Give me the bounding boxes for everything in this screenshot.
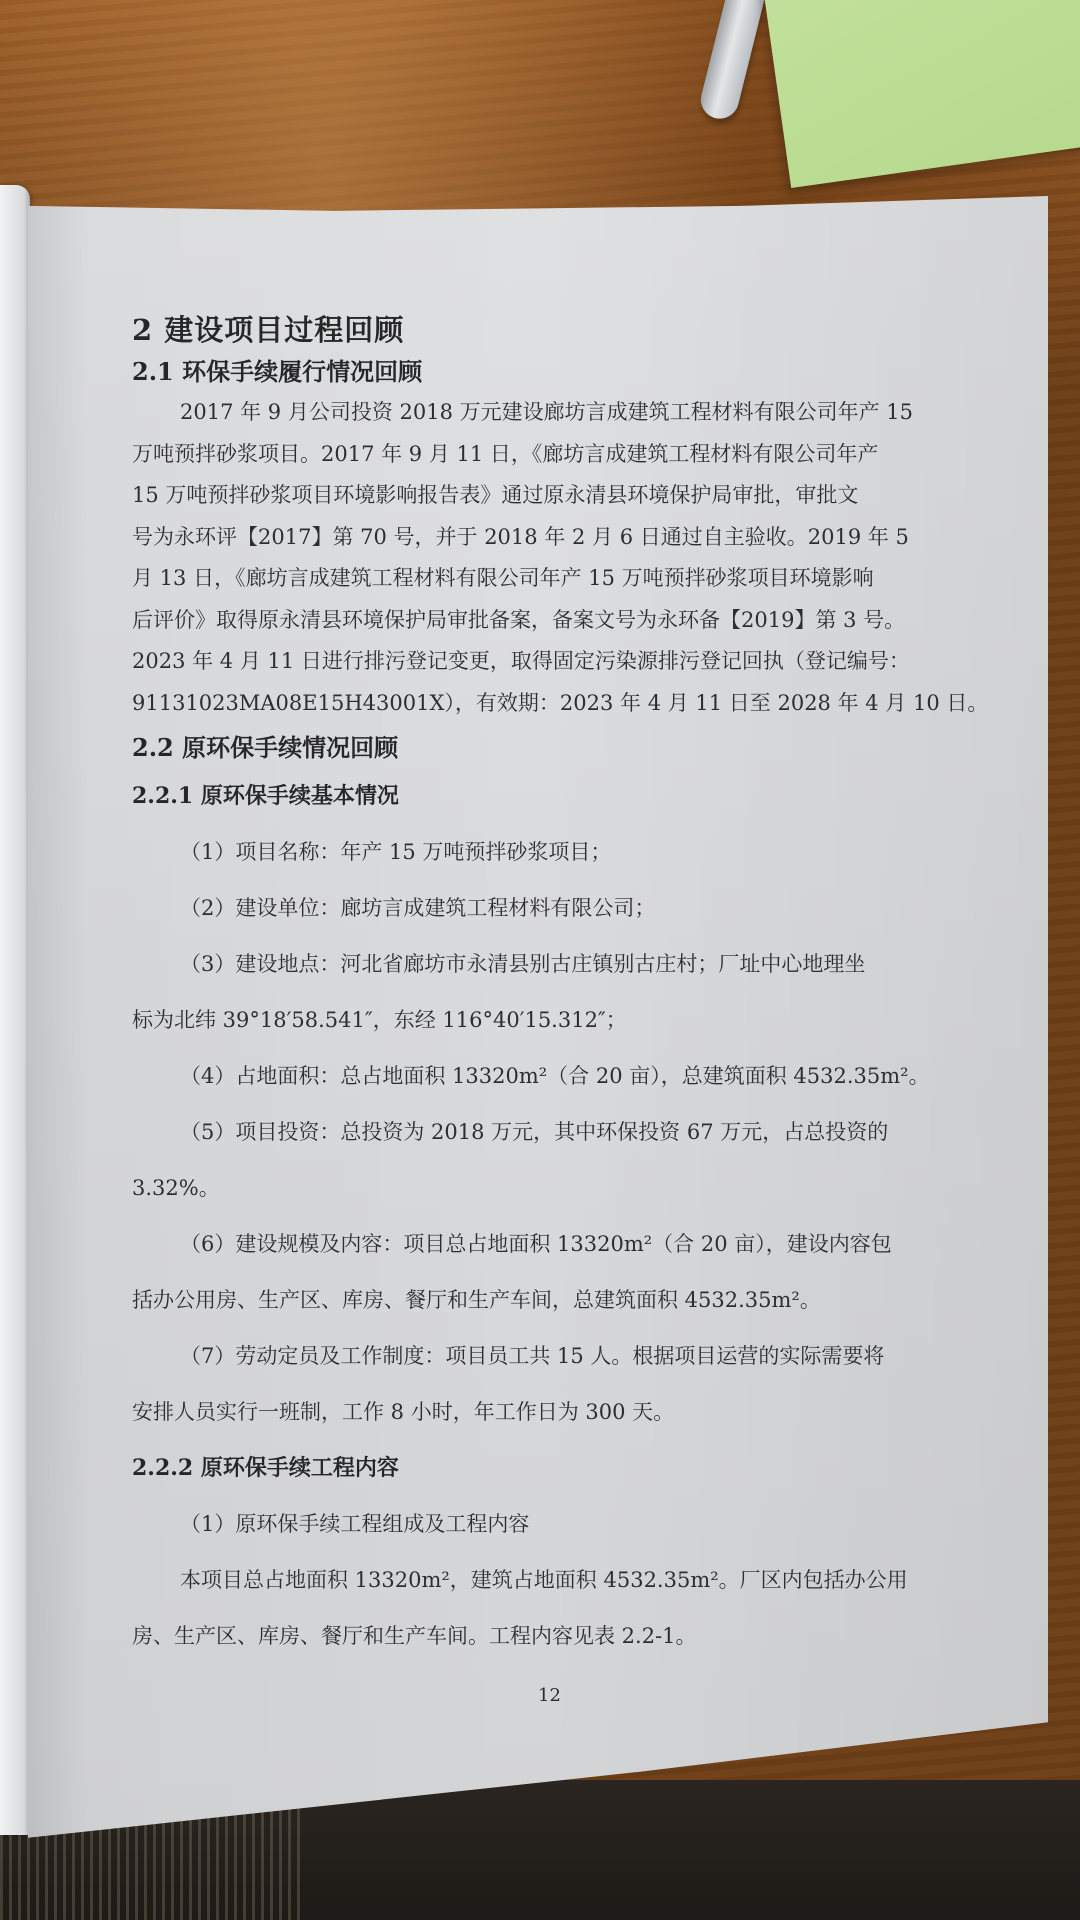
chapter-heading: 2 建设项目过程回顾 bbox=[132, 308, 962, 352]
list-item-construction-unit: （2）建设单位：廊坊言成建筑工程材料有限公司； bbox=[132, 880, 962, 936]
text-line: 后评价》取得原永清县环境保护局审批备案，备案文号为永环备【2019】第 3 号。 bbox=[132, 600, 962, 642]
section-heading-2-2: 2.2 原环保手续情况回顾 bbox=[132, 728, 962, 768]
list-item-construction-site: （3）建设地点：河北省廊坊市永清县别古庄镇别古庄村；厂址中心地理坐 标为北纬 3… bbox=[132, 936, 962, 1048]
paragraph-2-1: 2017 年 9 月公司投资 2018 万元建设廊坊言成建筑工程材料有限公司年产… bbox=[132, 392, 962, 724]
text-line: 91131023MA08E15H43001X），有效期：2023 年 4 月 1… bbox=[132, 683, 962, 725]
list-item-scale-content: （6）建设规模及内容：项目总占地面积 13320m²（合 20 亩），建设内容包… bbox=[132, 1216, 962, 1328]
paragraph-engineering-content: 本项目总占地面积 13320m²，建筑占地面积 4532.35m²。厂区内包括办… bbox=[132, 1552, 962, 1664]
list-item-land-area: （4）占地面积：总占地面积 13320m²（合 20 亩），总建筑面积 4532… bbox=[132, 1048, 962, 1104]
list-item-project-name: （1）项目名称：年产 15 万吨预拌砂浆项目； bbox=[132, 824, 962, 880]
list-item-engineering-composition: （1）原环保手续工程组成及工程内容 bbox=[132, 1496, 962, 1552]
subsection-heading-2-2-1: 2.2.1 原环保手续基本情况 bbox=[132, 768, 962, 824]
page-number: 12 bbox=[538, 1685, 561, 1706]
page-content: 2 建设项目过程回顾 2.1 环保手续履行情况回顾 2017 年 9 月公司投资… bbox=[132, 308, 962, 1664]
list-item-investment: （5）项目投资：总投资为 2018 万元，其中环保投资 67 万元，占总投资的 … bbox=[132, 1104, 962, 1216]
left-page-edge bbox=[0, 185, 30, 1835]
text-line: 2023 年 4 月 11 日进行排污登记变更，取得固定污染源排污登记回执（登记… bbox=[132, 641, 962, 683]
subsection-heading-2-2-2: 2.2.2 原环保手续工程内容 bbox=[132, 1440, 962, 1496]
text-line: 号为永环评【2017】第 70 号，并于 2018 年 2 月 6 日通过自主验… bbox=[132, 517, 962, 559]
list-item-staffing: （7）劳动定员及工作制度：项目员工共 15 人。根据项目运营的实际需要将 安排人… bbox=[132, 1328, 962, 1440]
section-heading-2-1: 2.1 环保手续履行情况回顾 bbox=[132, 352, 962, 392]
text-line: 2017 年 9 月公司投资 2018 万元建设廊坊言成建筑工程材料有限公司年产… bbox=[132, 392, 962, 434]
text-line: 月 13 日，《廊坊言成建筑工程材料有限公司年产 15 万吨预拌砂浆项目环境影响 bbox=[132, 558, 962, 600]
text-line: 万吨预拌砂浆项目。2017 年 9 月 11 日，《廊坊言成建筑工程材料有限公司… bbox=[132, 434, 962, 476]
text-line: 15 万吨预拌砂浆项目环境影响报告表》通过原永清县环境保护局审批，审批文 bbox=[132, 475, 962, 517]
